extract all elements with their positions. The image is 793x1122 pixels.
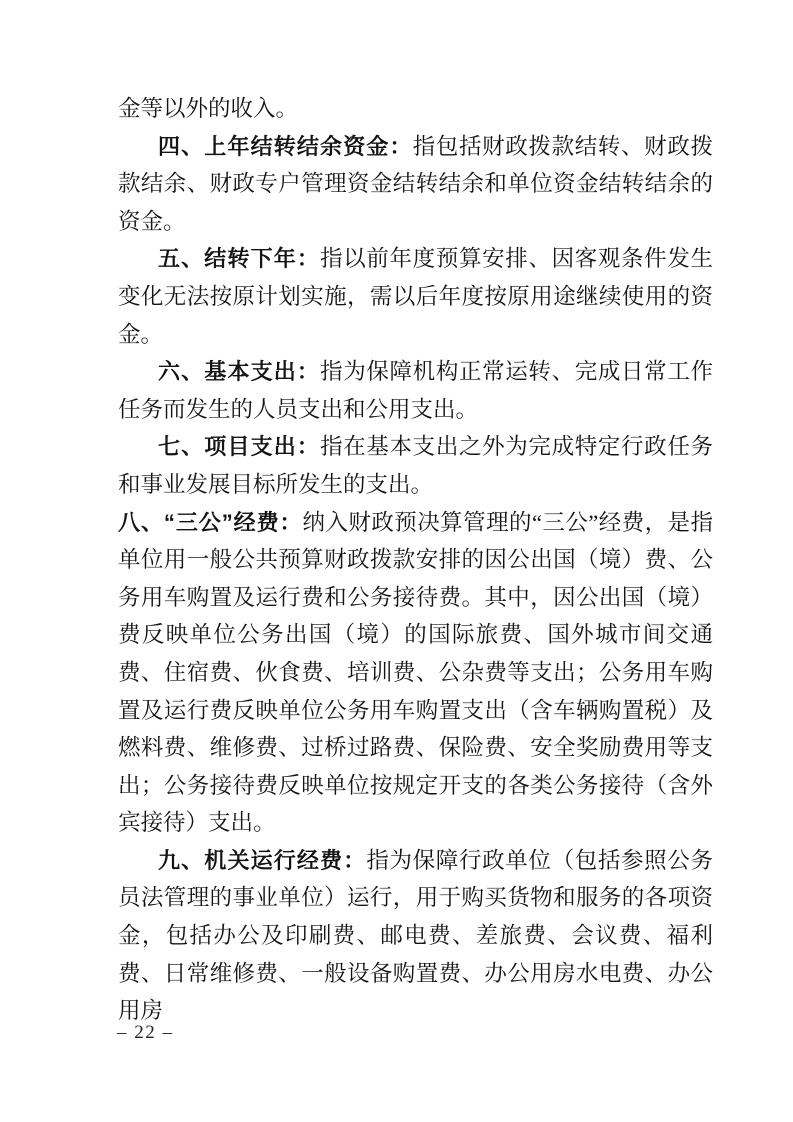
paragraph: 八、“三公”经费：纳入财政预决算管理的“三公”经费，是指单位用一般公共预算财政拨… bbox=[118, 504, 713, 842]
term-label: 七、项目支出： bbox=[158, 434, 320, 459]
term-label: 六、基本支出： bbox=[158, 359, 320, 384]
paragraph: 七、项目支出：指在基本支出之外为完成特定行政任务和事业发展目标所发生的支出。 bbox=[118, 428, 713, 503]
term-definition: 纳入财政预决算管理的“三公”经费，是指单位用一般公共预算财政拨款安排的因公出国（… bbox=[118, 510, 713, 836]
term-label: 八、“三公”经费： bbox=[118, 510, 303, 535]
term-label: 四、上年结转结余资金： bbox=[158, 134, 413, 159]
paragraph: 六、基本支出：指为保障机构正常运转、完成日常工作任务而发生的人员支出和公用支出。 bbox=[118, 353, 713, 428]
paragraph: 五、结转下年：指以前年度预算安排、因客观条件发生变化无法按原计划实施，需以后年度… bbox=[118, 240, 713, 353]
document-body: 金等以外的收入。 四、上年结转结余资金：指包括财政拨款结转、财政拨款结余、财政专… bbox=[118, 90, 713, 1030]
paragraph: 四、上年结转结余资金：指包括财政拨款结转、财政拨款结余、财政专户管理资金结转结余… bbox=[118, 128, 713, 241]
term-definition: 金等以外的收入。 bbox=[118, 96, 298, 121]
term-label: 五、结转下年： bbox=[158, 246, 320, 271]
term-definition: 指为保障行政单位（包括参照公务员法管理的事业单位）运行，用于购买货物和服务的各项… bbox=[118, 848, 713, 1023]
page-number: – 22 – bbox=[117, 1022, 174, 1044]
paragraph: 九、机关运行经费：指为保障行政单位（包括参照公务员法管理的事业单位）运行，用于购… bbox=[118, 842, 713, 1030]
document-page: 金等以外的收入。 四、上年结转结余资金：指包括财政拨款结转、财政拨款结余、财政专… bbox=[0, 0, 793, 1122]
paragraph: 金等以外的收入。 bbox=[118, 90, 713, 128]
term-label: 九、机关运行经费： bbox=[158, 848, 366, 873]
